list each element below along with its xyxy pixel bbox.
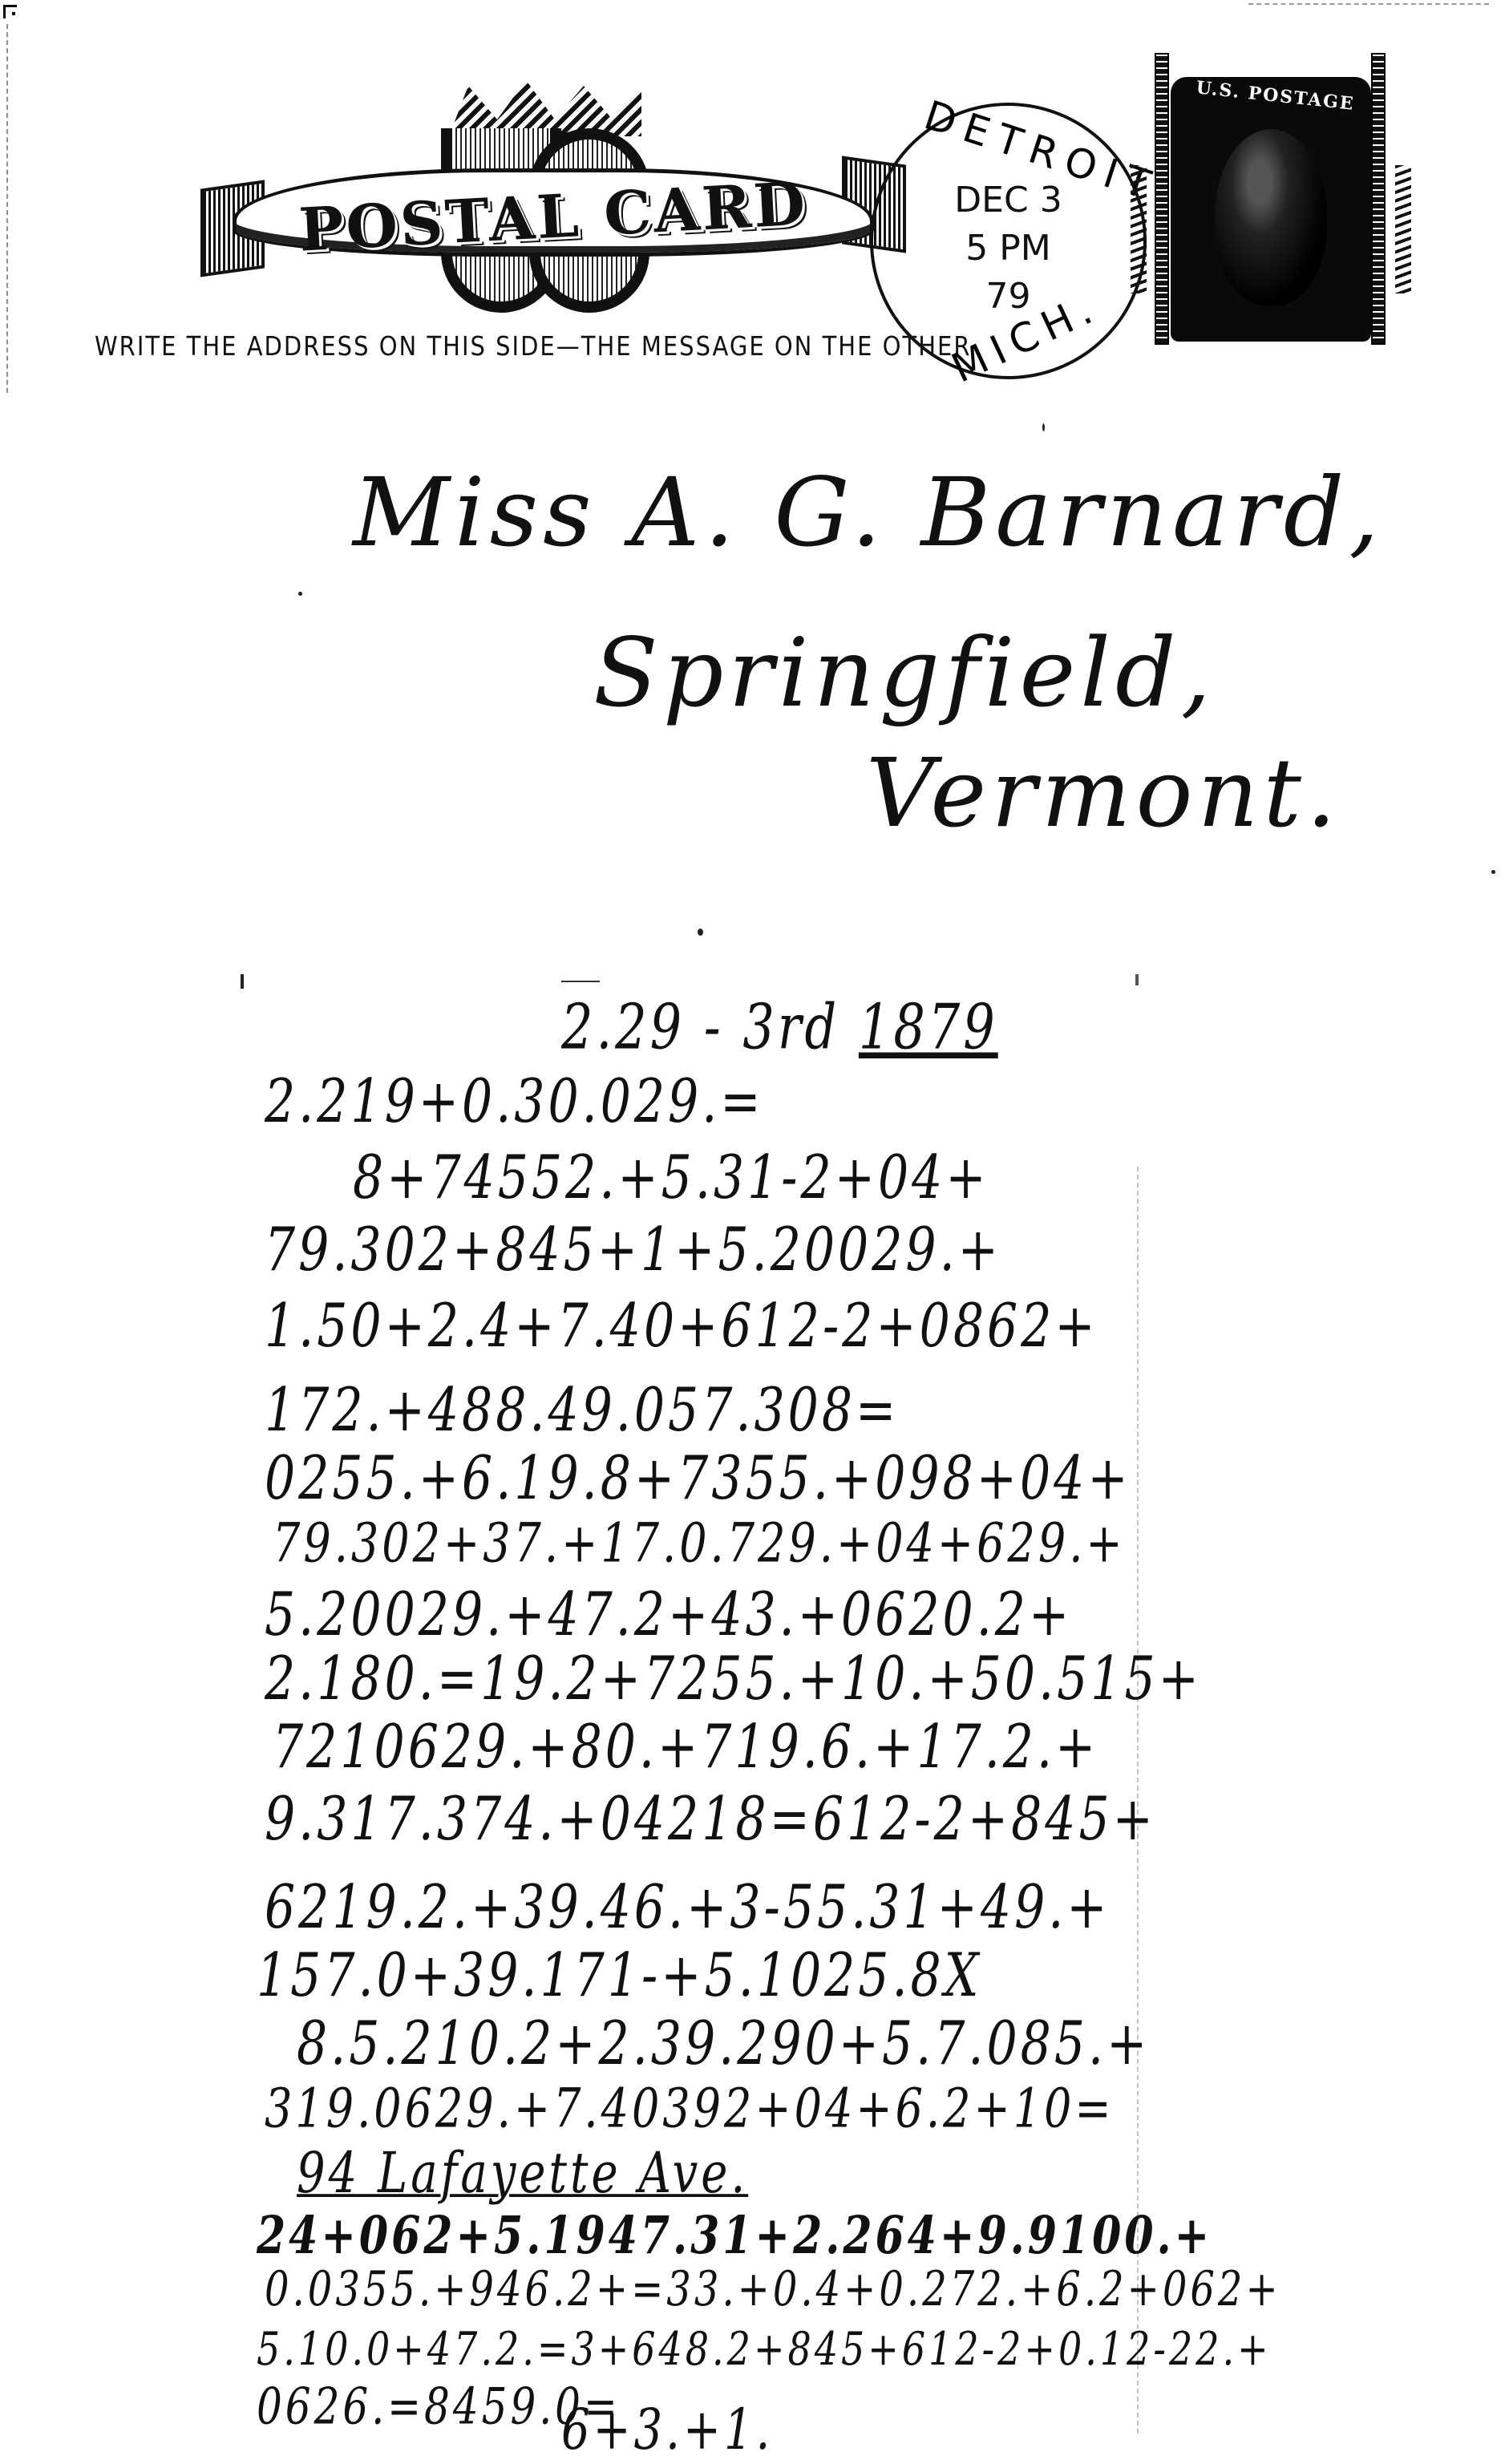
recipient-state: Vermont. — [866, 738, 1341, 848]
message-date-year: 1879 — [859, 990, 998, 1063]
message-line: 0.0355.+946.2+=33.+0.4+0.272.+6.2+062+ — [265, 2261, 1281, 2317]
ink-speck — [298, 592, 302, 596]
message-line: 9.317.374.+04218=612-2+845+ — [265, 1784, 1156, 1855]
message-line: 8.5.210.2+2.39.290+5.7.085.+ — [297, 2009, 1150, 2079]
message-line: 7210629.+80.+719.6.+17.2.+ — [273, 1712, 1098, 1782]
message-line: 157.0+39.171-+5.1025.8X — [257, 1940, 981, 2011]
message-date-prefix: 2.29 - 3rd — [561, 990, 859, 1063]
fasces-left-icon — [1155, 53, 1169, 345]
liberty-portrait-icon — [1215, 129, 1327, 305]
postage-stamp: U.S. POSTAGE — [1139, 53, 1403, 350]
message-line: 79.302+845+1+5.20029.+ — [265, 1215, 1001, 1285]
message-line: 172.+488.49.057.308= — [265, 1375, 899, 1446]
postmark-time: 5 PM — [870, 228, 1147, 269]
message-line: 79.302+37.+17.0.729.+04+629.+ — [273, 1511, 1126, 1575]
message-line: 5.10.0+47.2.=3+648.2+845+612-2+0.12-22.+ — [257, 2321, 1272, 2376]
laurel-right-icon — [1395, 165, 1411, 293]
message-line: 2.180.=19.2+7255.+10.+50.515+ — [265, 1644, 1202, 1714]
postal-card-header: POSTAL CARD — [200, 64, 906, 321]
scan-edge-dash — [6, 24, 10, 393]
message-line: 1.50+2.4+7.40+612-2+0862+ — [265, 1291, 1098, 1361]
postmark-stamp: DETROIT DEC 3 5 PM 79 MICH. — [870, 103, 1147, 379]
message-area: 2.29 - 3rd 1879 2.219+0.30.029.= 8+74552… — [241, 974, 1139, 2442]
address-instruction: WRITE THE ADDRESS ON THIS SIDE—THE MESSA… — [95, 330, 971, 362]
message-date: 2.29 - 3rd 1879 — [561, 990, 998, 1063]
fasces-right-icon — [1371, 53, 1386, 345]
message-line: 5.20029.+47.2+43.+0620.2+ — [265, 1580, 1072, 1650]
message-line: 2.219+0.30.029.= — [265, 1066, 764, 1137]
title-banner: POSTAL CARD — [200, 160, 906, 265]
postmark-date: DEC 3 — [870, 180, 1147, 221]
message-line: 319.0629.+7.40392+04+6.2+10= — [265, 2077, 1115, 2140]
scan-top-dash — [1248, 3, 1489, 6]
message-line: 6219.2.+39.46.+3-55.31+49.+ — [265, 1872, 1111, 1943]
message-line: 8+74552.+5.31-2+04+ — [353, 1143, 989, 1213]
message-line: 6+3.+1. — [561, 2397, 773, 2462]
ink-speck — [698, 929, 703, 936]
message-line: 24+062+5.1947.31+2.264+9.9100.+ — [257, 2205, 1212, 2266]
ink-speck — [1042, 423, 1045, 431]
message-street-address: 94 Lafayette Ave. — [297, 2141, 748, 2206]
scan-corner-mark — [3, 5, 17, 18]
postal-card-scan: POSTAL CARD WRITE THE ADDRESS ON THIS SI… — [0, 0, 1505, 2464]
recipient-name: Miss A. G. Barnard, — [353, 457, 1384, 568]
laurel-left-icon — [1131, 165, 1147, 293]
ink-speck — [1491, 870, 1495, 874]
message-line: 0255.+6.19.8+7355.+098+04+ — [265, 1443, 1131, 1514]
recipient-city: Springfield, — [593, 617, 1216, 728]
